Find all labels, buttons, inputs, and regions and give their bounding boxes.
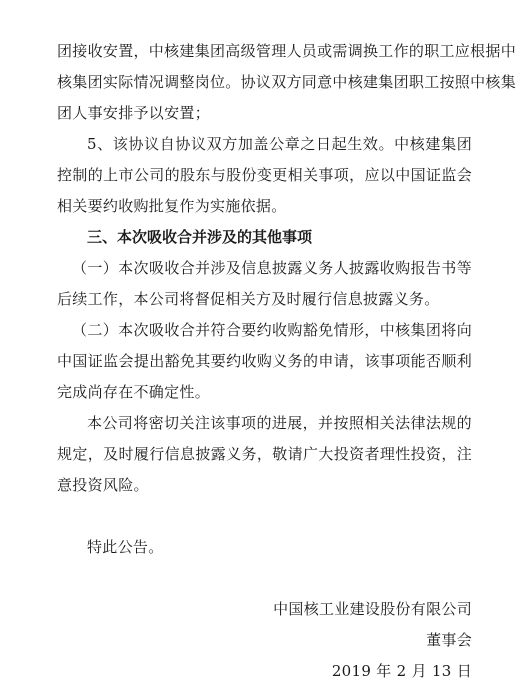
signature-company: 中国核工业建设股份有限公司 bbox=[57, 594, 472, 625]
announcement-text: 特此公告。 bbox=[57, 532, 472, 563]
sub-item-1-paragraph: （一）本次吸收合并涉及信息披露义务人披露收购报告书等后续工作，本公司将督促相关方… bbox=[57, 253, 472, 315]
item-5-paragraph: 5、该协议自协议双方加盖公章之日起生效。中核建集团控制的上市公司的股东与股份变更… bbox=[57, 129, 472, 222]
closing-paragraph: 本公司将密切关注该事项的进展，并按照相关法律法规的规定，及时履行信息披露义务，敬… bbox=[57, 408, 472, 501]
document-page: 团接收安置，中核建集团高级管理人员或需调换工作的职工应根据中 核集团实际情况调整… bbox=[57, 36, 472, 683]
section-3-heading: 三、本次吸收合并涉及的其他事项 bbox=[57, 222, 472, 253]
continuation-line-3: 团人事安排予以安置； bbox=[57, 98, 472, 129]
signature-board: 董事会 bbox=[57, 625, 472, 656]
continuation-line-1: 团接收安置，中核建集团高级管理人员或需调换工作的职工应根据中 bbox=[57, 36, 472, 67]
sub-item-2-paragraph: （二）本次吸收合并符合要约收购豁免情形，中核集团将向中国证监会提出豁免其要约收购… bbox=[57, 315, 472, 408]
spacer bbox=[57, 501, 472, 532]
spacer bbox=[57, 563, 472, 594]
signature-date: 2019 年 2 月 13 日 bbox=[57, 656, 472, 683]
continuation-line-2: 核集团实际情况调整岗位。协议双方同意中核建集团职工按照中核集 bbox=[57, 67, 472, 98]
